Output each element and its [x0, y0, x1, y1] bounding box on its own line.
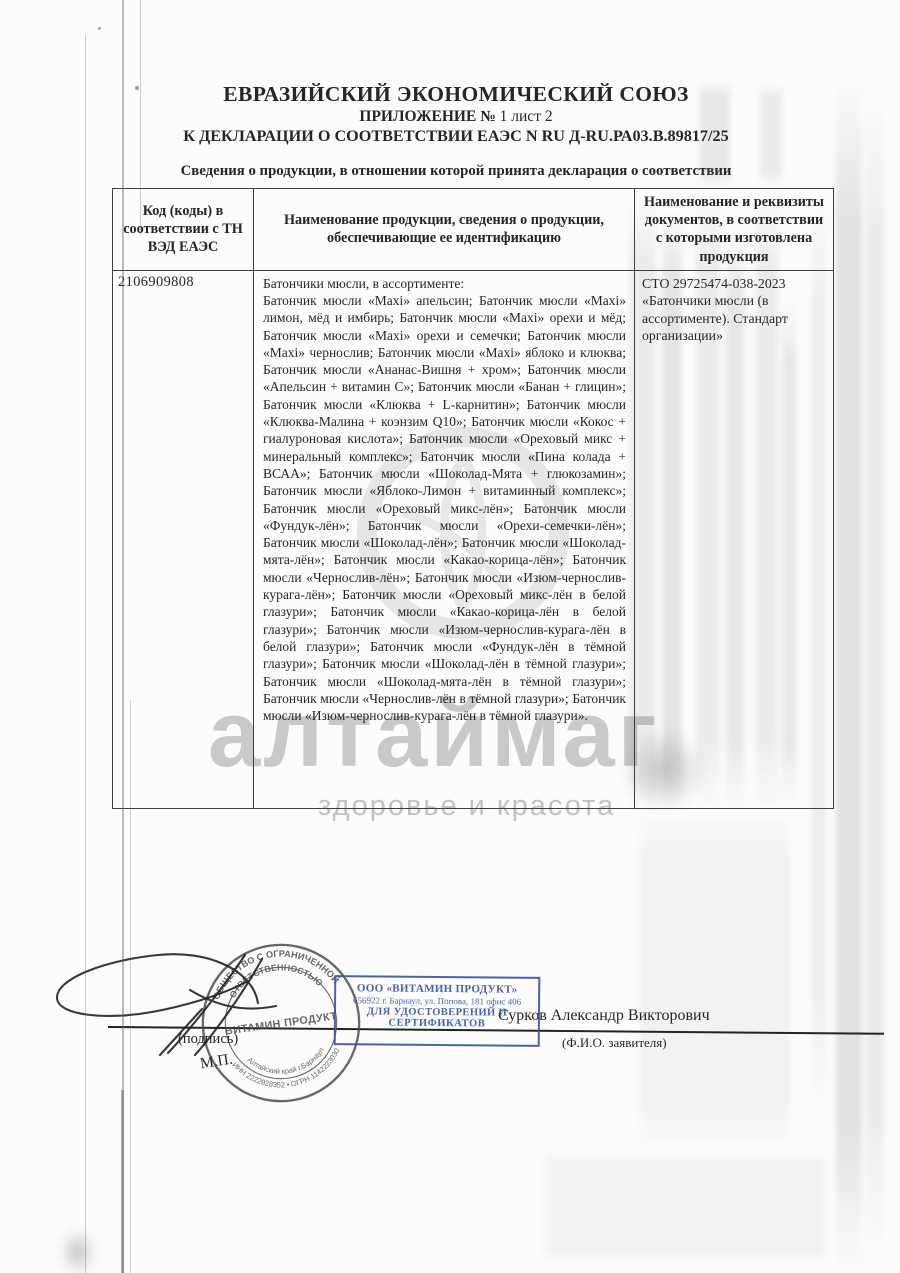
product-description-cell: Батончики мюсли, в ассортименте: Батончи… — [254, 270, 635, 808]
scan-fold-line — [85, 35, 86, 1273]
scan-streak — [836, 80, 862, 1270]
tnved-code-value: 2106909808 — [113, 270, 254, 808]
blue-stamp-address: 656922 г. Барнаул, ул. Попова, 181 офис … — [336, 995, 538, 1007]
scan-smudge — [60, 1228, 96, 1273]
product-table: Код (коды) в соответствии с ТН ВЭД ЕАЭС … — [112, 188, 834, 809]
scan-streak — [866, 100, 884, 1250]
applicant-caption: (Ф.И.О. заявителя) — [562, 1035, 667, 1051]
col-header-tnved-code: Код (коды) в соответствии с ТН ВЭД ЕАЭС — [113, 189, 254, 271]
appendix-label: ПРИЛОЖЕНИЕ № — [359, 108, 495, 125]
appendix-number: 1 лист 2 — [500, 108, 553, 125]
section-caption: Сведения о продукции, в отношении которо… — [30, 163, 882, 180]
ink-speck — [135, 86, 139, 90]
col-header-product-name: Наименование продукции, сведения о проду… — [254, 189, 635, 271]
col-header-documents: Наименование и реквизиты документов, в с… — [635, 189, 834, 271]
table-row: 2106909808 Батончики мюсли, в ассортимен… — [113, 270, 834, 808]
blue-stamp-company: ООО «ВИТАМИН ПРОДУКТ» — [336, 982, 538, 996]
product-description-intro: Батончики мюсли, в ассортименте: — [263, 276, 464, 291]
standard-document-value: СТО 29725474-038-2023 «Батончики мюсли (… — [635, 270, 834, 808]
declaration-number-line: К ДЕКЛАРАЦИИ О СООТВЕТСТВИИ ЕАЭС N RU Д-… — [30, 127, 882, 146]
blue-stamp-purpose-line1: ДЛЯ УДОСТОВЕРЕНИЙ И — [336, 1006, 538, 1019]
scan-fold-line — [121, 1090, 124, 1273]
blue-address-stamp: ООО «ВИТАМИН ПРОДУКТ» 656922 г. Барнаул,… — [334, 975, 541, 1047]
scan-streak — [640, 815, 790, 1145]
table-header-row: Код (коды) в соответствии с ТН ВЭД ЕАЭС … — [113, 189, 834, 271]
handwritten-signature — [40, 935, 320, 1070]
product-description-list: Батончик мюсли «Maxi» апельсин; Батончик… — [263, 293, 626, 723]
scan-streak — [545, 1150, 825, 1265]
blue-stamp-purpose-line2: СЕРТИФИКАТОВ — [336, 1017, 538, 1030]
appendix-line: ПРИЛОЖЕНИЕ № 1 лист 2 — [30, 108, 882, 126]
document-title: ЕВРАЗИЙСКИЙ ЭКОНОМИЧЕСКИЙ СОЮЗ — [30, 82, 882, 107]
scanned-declaration-page: алтаймаг здоровье и красота ЕВРАЗИЙСКИЙ … — [0, 0, 900, 1273]
ink-speck — [98, 27, 101, 30]
